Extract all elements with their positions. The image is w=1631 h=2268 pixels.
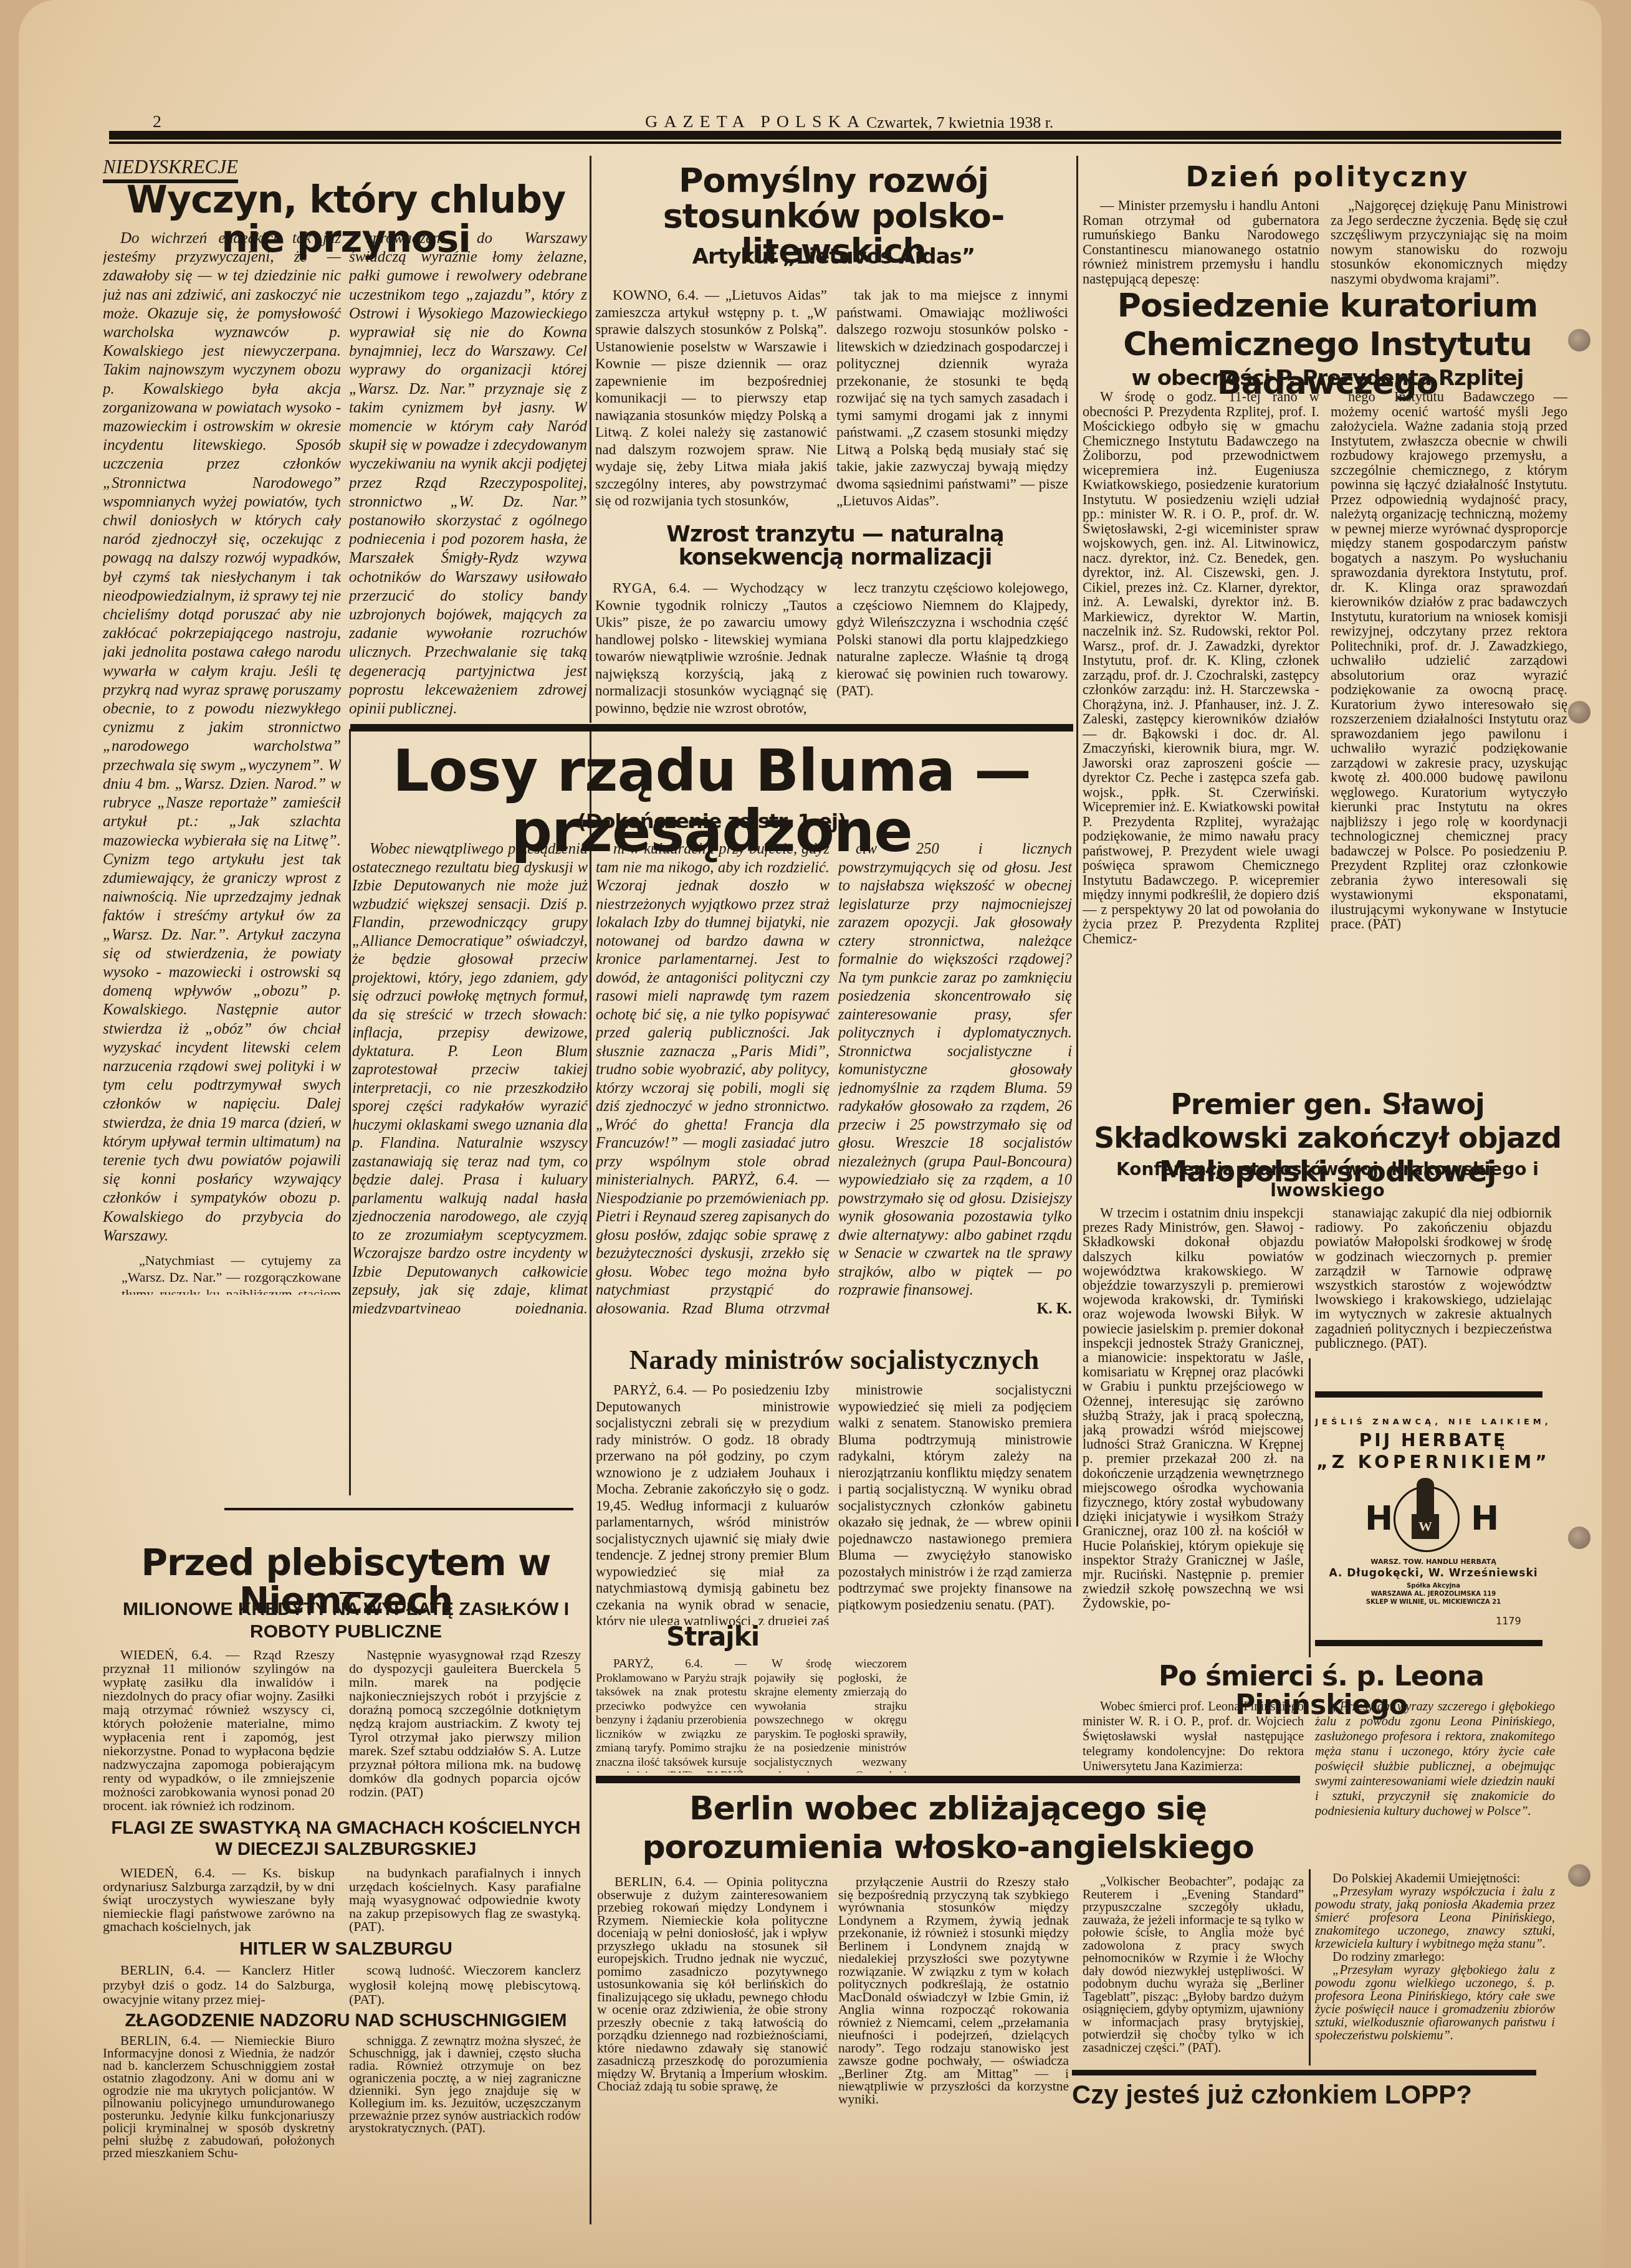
- ad-address-shop: SKLEP W WILNIE, UL. MICKIEWICZA 21: [1315, 1599, 1552, 1606]
- ad-number: 1179: [1496, 1615, 1521, 1627]
- copernicus-statue-icon: W: [1394, 1486, 1460, 1552]
- article-body: „Przesyłam wyrazy szczerego i głębokiego…: [1315, 1699, 1555, 1867]
- ad-brand: „Z KOPERNIKIEM”: [1315, 1452, 1552, 1472]
- article-body: lecz tranzytu częściowo kolejowego, a cz…: [836, 579, 1068, 720]
- column-divider: [1309, 1358, 1311, 1657]
- ad-company: A. Długokęcki, W. Wrześniewski: [1315, 1567, 1552, 1579]
- article-body: Wobec niewątpliwego przesądzenia ostatec…: [352, 840, 588, 1313]
- author-signature: K. K.: [838, 1300, 1072, 1314]
- subhead-hitler: HITLER W SALZBURGU: [103, 1939, 589, 1959]
- subhead-kredyty: MILIONOWE KREDYTY NA WYPŁATĘ ZASIŁKÓW I …: [103, 1598, 589, 1643]
- column-divider: [590, 156, 591, 723]
- article-body: nego Instytutu Badawczego — możemy oceni…: [1331, 389, 1567, 1081]
- article-body: W środę wieczorem pojawiły się pogłoski,…: [754, 1657, 907, 1773]
- subhead-flagi: FLAGI ZE SWASTYKĄ NA GMACHACH KOŚCIELNYC…: [103, 1818, 589, 1860]
- masthead-rule: [109, 131, 1561, 140]
- article-body: RYGA, 6.4. — Wychodzący w Kownie tygodni…: [595, 579, 827, 720]
- column-divider: [1309, 1869, 1311, 2065]
- subhead-schuschnigg: ZŁAGODZENIE NADZORU NAD SCHUSCHNIGGIEM: [103, 2011, 589, 2030]
- column-divider: [1076, 156, 1078, 1527]
- ad-headline: PIJ HERBATĘ: [1315, 1430, 1552, 1451]
- headline-berlin: Berlin wobec zbliżającego się porozumien…: [596, 1789, 1300, 1867]
- article-body: W środę o godz. 11-tej rano w obecności …: [1083, 389, 1319, 1081]
- article-body: sprowadzeni do Warszawy świadczą wyraźni…: [349, 229, 587, 722]
- article-body: tak jak to ma miejsce z innymi państwami…: [836, 287, 1068, 511]
- section-rule: [1315, 1640, 1543, 1646]
- ad-company-form: Spółka Akcyjna: [1315, 1583, 1552, 1589]
- article-body: przyłączenie Austrii do Rzeszy stało się…: [838, 1875, 1069, 2122]
- logo-mark: W: [1412, 1514, 1439, 1539]
- subhead-tranzyt: Wzrost tranzytu — naturalną konsekwencją…: [617, 523, 1053, 569]
- section-rule: [596, 1776, 1300, 1783]
- article-body: na budynkach parafialnych i innych urzęd…: [349, 1866, 581, 1935]
- article-body: Do Polskiej Akademii Umiejętności: „Prze…: [1315, 1872, 1555, 2072]
- ad-company-type: WARSZ. TOW. HANDLU HERBATĄ: [1315, 1558, 1552, 1566]
- article-body: KOWNO, 6.4. — „Lietuvos Aidas” zamieszcz…: [595, 287, 827, 511]
- subhead-premier: Konferencja starostów woj. krakowskiego …: [1081, 1159, 1574, 1201]
- page-number: 2: [153, 112, 163, 132]
- logo-letter-right: H: [1471, 1498, 1499, 1538]
- article-body: WIEDEŃ, 6.4. — Ks. biskup ordynariusz Sa…: [103, 1866, 335, 1935]
- article-body: ni w kuluarach i przy bufecie, gdyż tam …: [596, 840, 830, 1313]
- article-body: Następnie wyasygnował rząd Rzeszy do dys…: [349, 1648, 581, 1810]
- section-rule: [1315, 1391, 1543, 1398]
- subhead-blum: (Dokończenie ze str. 1-ej): [350, 811, 1073, 832]
- masthead: 2 GAZETA POLSKA Czwartek, 7 kwietnia 193…: [109, 112, 1577, 131]
- article-body: ministrowie socjalistyczni wypowiedzieć …: [838, 1382, 1072, 1625]
- quote-block: „Natychmiast — cytujemy za „Warsz. Dz. N…: [122, 1252, 341, 1295]
- article-body: ciw 250 i licznych powstrzymujących się …: [838, 840, 1072, 1313]
- newspaper-title: GAZETA POLSKA: [645, 112, 866, 132]
- masthead-rule-thin: [109, 141, 1561, 144]
- article-body: „Volkischer Beobachter”, podając za Reut…: [1083, 1875, 1304, 2069]
- subhead-kuratorium: w obecności P. Prezydenta Rzplitej: [1081, 368, 1574, 390]
- column-divider: [590, 729, 591, 2224]
- article-body: WIEDEŃ, 6.4. — Rząd Rzeszy przyznał 11 m…: [103, 1648, 335, 1810]
- headline-narady: Narady ministrów socjalistycznych: [596, 1346, 1073, 1375]
- article-body: PARYŻ, 6.4. — Po posiedzeniu Izby Deputo…: [596, 1382, 830, 1625]
- headline-dzien: Dzień polityczny: [1081, 163, 1574, 192]
- article-body: Do wichrzeń endeckich tak już jesteśmy p…: [103, 229, 341, 1295]
- article-body: PARYŻ, 6.4. — Proklamowano w Paryżu stra…: [596, 1657, 747, 1773]
- headline-strajki: Strajki: [596, 1623, 830, 1651]
- issue-date: Czwartek, 7 kwietnia 1938 r.: [866, 113, 1053, 132]
- lopp-slogan: Czy jesteś już członkiem LOPP?: [1072, 2081, 1536, 2108]
- article-body: BERLIN, 6.4. — Kanclerz Hitler przybył d…: [103, 1963, 335, 2009]
- ornament-divider: [340, 1592, 365, 1594]
- subhead-litwa: Artykuł „Lietuvos Aidas”: [595, 246, 1072, 269]
- ad-tagline: JEŚLIŚ ZNAWCĄ, NIE LAIKIEM,: [1315, 1417, 1552, 1427]
- article-body: schnigga. Z zewnątrz można słyszeć, że S…: [349, 2034, 581, 2178]
- article-body: scową ludność. Wieczorem kanclerz wygłos…: [349, 1963, 581, 2009]
- punch-hole: [1568, 701, 1590, 723]
- section-rule: [1072, 2070, 1536, 2075]
- article-body: W trzecim i ostatnim dniu inspekcji prez…: [1083, 1206, 1304, 1636]
- logo-letter-left: H: [1365, 1498, 1393, 1538]
- section-rule: [350, 724, 1073, 731]
- punch-hole: [1568, 1527, 1590, 1549]
- article-body: stanawiając zakupić dla niej odbiornik r…: [1315, 1206, 1552, 1355]
- article-body: BERLIN, 6.4. — Opinia polityczna obserwu…: [597, 1875, 828, 2122]
- punch-hole: [1568, 1864, 1590, 1887]
- section-rule: [224, 1508, 573, 1510]
- article-body: BERLIN, 6.4. — Niemieckie Biuro Informac…: [103, 2034, 335, 2178]
- ad-address: WARSZAWA AL. JEROZOLIMSKA 119: [1315, 1591, 1552, 1598]
